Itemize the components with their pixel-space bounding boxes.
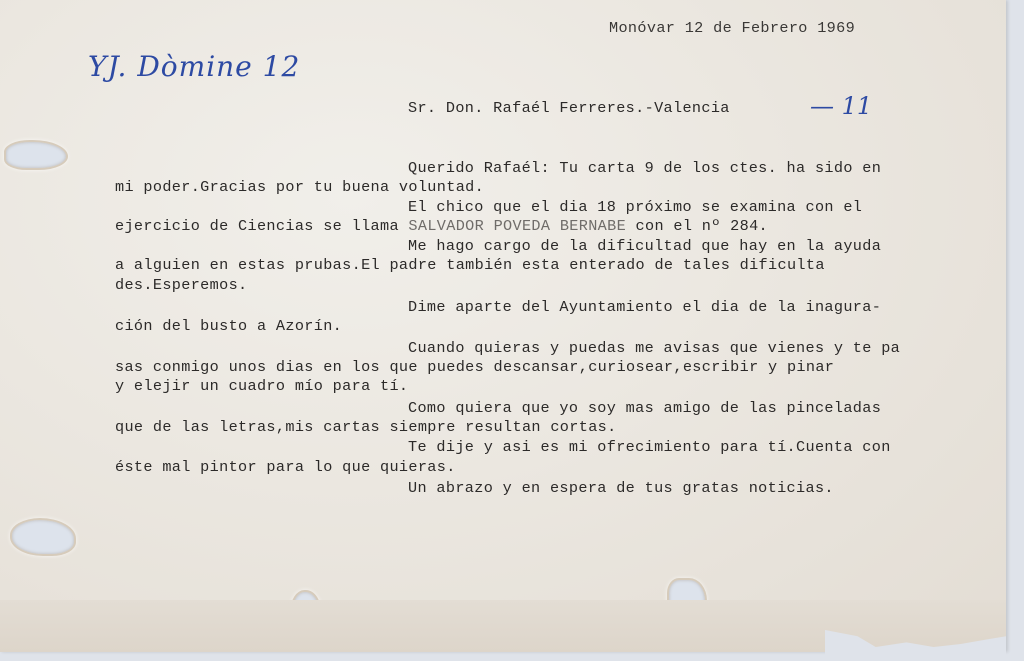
body-line-12: y elejir un cuadro mío para tí. <box>115 377 408 397</box>
body-line-8: Dime aparte del Ayuntamiento el dia de l… <box>408 298 881 318</box>
body-line-16: éste mal pintor para lo que quieras. <box>115 458 456 478</box>
body-line-13: Como quiera que yo soy mas amigo de las … <box>408 399 881 419</box>
paper-hole-top-left <box>4 140 68 170</box>
body-line-7: des.Esperemos. <box>115 276 248 296</box>
body-line-3: El chico que el dia 18 próximo se examin… <box>408 198 862 218</box>
body-line-10: Cuando quieras y puedas me avisas que vi… <box>408 339 900 359</box>
body-line-14: que de las letras,mis cartas siempre res… <box>115 418 617 438</box>
letter-paper: YJ. Dòmine 12 Monóvar 12 de Febrero 1969… <box>0 0 1006 652</box>
body-line-15: Te dije y asi es mi ofrecimiento para tí… <box>408 438 891 458</box>
handwritten-reference: YJ. Dòmine 12 <box>88 50 300 83</box>
body-line-4: ejercicio de Ciencias se llama SALVADOR … <box>115 217 768 237</box>
body-line-1: Querido Rafaél: Tu carta 9 de los ctes. … <box>408 159 881 179</box>
body-line-11: sas conmigo unos dias en los que puedes … <box>115 358 834 378</box>
body-line-4-end: con el nº 284. <box>626 217 768 235</box>
recipient-line: Sr. Don. Rafaél Ferreres.-Valencia <box>408 99 730 119</box>
student-name: SALVADOR POVEDA BERNABE <box>408 217 626 235</box>
body-line-5: Me hago cargo de la dificultad que hay e… <box>408 237 881 257</box>
handwritten-recipient-number: — 11 <box>810 92 872 120</box>
paper-hole-left <box>10 518 76 556</box>
date-line: Monóvar 12 de Febrero 1969 <box>609 19 855 39</box>
body-line-4-start: ejercicio de Ciencias se llama <box>115 217 408 235</box>
paper-hole-bottom-right <box>667 578 707 628</box>
body-line-2: mi poder.Gracias por tu buena voluntad. <box>115 178 484 198</box>
body-line-17: Un abrazo y en espera de tus gratas noti… <box>408 479 834 499</box>
paper-hole-bottom-middle <box>290 590 322 640</box>
body-line-9: ción del busto a Azorín. <box>115 317 342 337</box>
body-line-6: a alguien en estas prubas.El padre tambi… <box>115 256 825 276</box>
